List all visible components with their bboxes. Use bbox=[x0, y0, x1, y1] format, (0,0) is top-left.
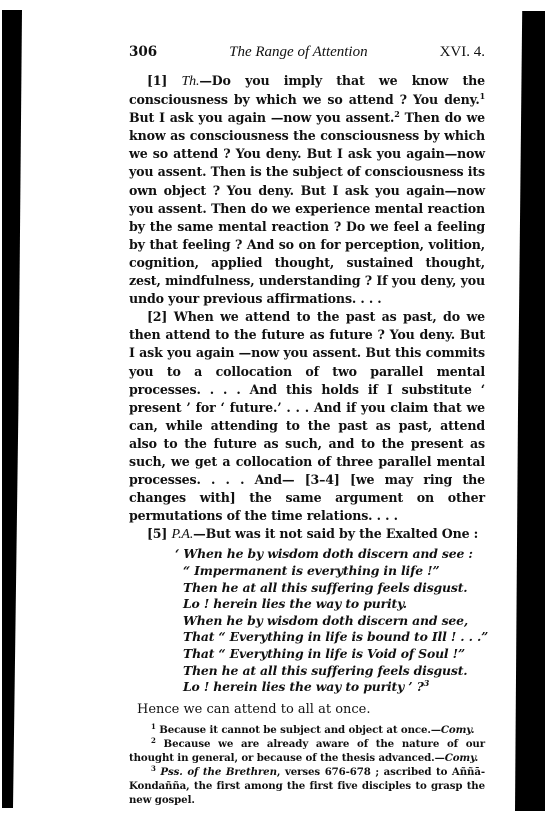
verse-line: Then he at all this suffering feels disg… bbox=[183, 580, 485, 597]
verse-line-text: Lo ! herein lies the way to purity ’ ? bbox=[183, 679, 424, 694]
section-number: XVI. 4. bbox=[440, 44, 485, 61]
book-page: 306 The Range of Attention XVI. 4. [1] T… bbox=[129, 44, 485, 807]
running-head: 306 The Range of Attention XVI. 4. bbox=[129, 44, 485, 66]
verse-line: When he by wisdom doth discern and see, bbox=[183, 613, 485, 630]
verse-line: Then he at all this suffering feels disg… bbox=[183, 663, 485, 680]
paragraph-text: But I ask you again —now you assent. bbox=[129, 110, 394, 125]
verse-line: Lo ! herein lies the way to purity ’ ?3 bbox=[183, 679, 485, 696]
scan-border-right bbox=[515, 11, 545, 811]
paragraph-2: [2] When we attend to the past as past, … bbox=[129, 308, 485, 525]
footnote-text: Because it cannot be subject and object … bbox=[156, 724, 441, 736]
footnote-source: Comy. bbox=[445, 752, 478, 764]
conclusion-text: Hence we can attend to all at once. bbox=[137, 701, 485, 719]
footnote-work-title: Pss. of the Brethren bbox=[156, 766, 277, 778]
verse-line: That “ Everything in life is bound to Il… bbox=[183, 629, 485, 646]
speaker-label: P.A. bbox=[171, 527, 193, 542]
footnotes: 1 Because it cannot be subject and objec… bbox=[129, 723, 485, 807]
footnote-text: Because we are already aware of the natu… bbox=[129, 738, 485, 764]
verse-quotation: ‘ When he by wisdom doth discern and see… bbox=[129, 546, 485, 695]
main-text: [1] Th.—Do you imply that we know the co… bbox=[129, 72, 485, 696]
page-number: 306 bbox=[129, 44, 157, 60]
verse-line: Lo ! herein lies the way to purity. bbox=[183, 596, 485, 613]
verse-line: “ Impermanent is everything in life !” bbox=[183, 563, 485, 580]
paragraph-label: [1] bbox=[147, 73, 182, 88]
footnote-2: 2 Because we are already aware of the na… bbox=[129, 737, 485, 765]
chapter-title: The Range of Attention bbox=[229, 44, 367, 61]
paragraph-text: —But was it not said by the Exalted One … bbox=[193, 526, 478, 541]
scan-border-left bbox=[2, 10, 22, 808]
paragraph-5: [5] P.A.—But was it not said by the Exal… bbox=[129, 525, 485, 544]
paragraph-text: Then do we know as consciousness the con… bbox=[129, 110, 485, 306]
footnote-ref: 3 bbox=[424, 678, 429, 688]
paragraph-1: [1] Th.—Do you imply that we know the co… bbox=[129, 72, 485, 308]
footnote-3: 3 Pss. of the Brethren, verses 676-678 ;… bbox=[129, 765, 485, 807]
footnote-1: 1 Because it cannot be subject and objec… bbox=[129, 723, 485, 737]
footnote-ref: 1 bbox=[480, 91, 485, 101]
footnote-source: Comy. bbox=[441, 724, 474, 736]
paragraph-label: [5] bbox=[147, 526, 171, 541]
speaker-label: Th. bbox=[182, 74, 200, 89]
verse-line: That “ Everything in life is Void of Sou… bbox=[183, 646, 485, 663]
verse-line: ‘ When he by wisdom doth discern and see… bbox=[183, 546, 485, 563]
